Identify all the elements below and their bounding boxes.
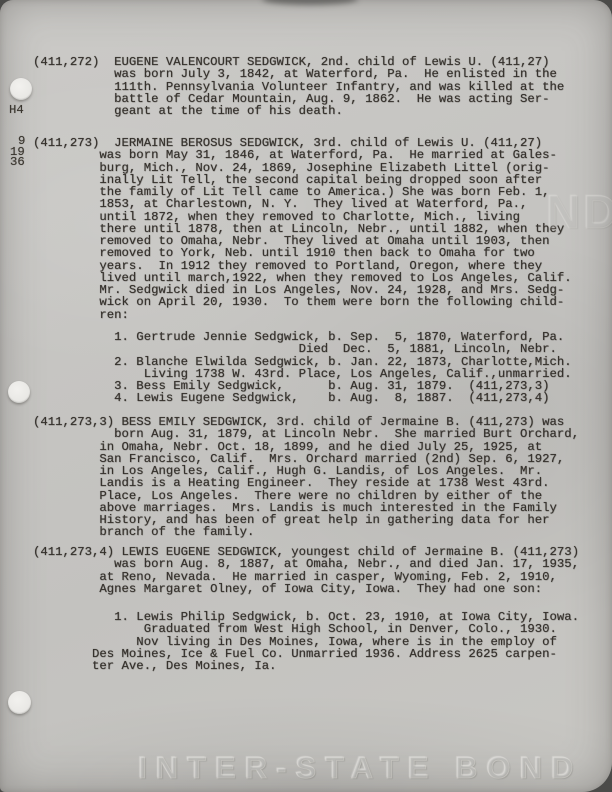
punch-hole	[10, 78, 32, 100]
margin-note-h4: H4	[9, 104, 24, 116]
entry-411-272: (411,272) EUGENE VALENCOURT SEDGWICK, 2n…	[33, 56, 564, 117]
text-line: Agnes Margaret Olney, of Iowa City, Iowa…	[33, 583, 579, 595]
text-line: 4. Lewis Eugene Sedgwick, b. Aug. 8, 188…	[33, 392, 572, 404]
text-line: ren:	[33, 309, 572, 321]
children-list-411-273-4: 1. Lewis Philip Sedgwick, b. Oct. 23, 19…	[33, 611, 579, 672]
text-line: Landis is a Heating Engineer. They resid…	[33, 477, 579, 489]
text-line: was born May 31, 1846, at Waterford, Pa.…	[33, 149, 572, 161]
children-list-411-273: 1. Gertrude Jennie Sedgwick, b. Sep. 5, …	[33, 331, 572, 405]
text-line: years. In 1912 they removed to Portland,…	[33, 260, 572, 272]
text-line: was born July 3, 1842, at Waterford, Pa.…	[33, 68, 564, 80]
text-line: ter Ave., Des Moines, Ia.	[33, 660, 579, 672]
paper-edge-tear	[262, 0, 358, 5]
text-line: wick on April 20, 1930. To them were bor…	[33, 296, 572, 308]
text-line: was born Aug. 8, 1887, at Omaha, Nebr., …	[33, 558, 579, 570]
text-line: branch of the family.	[33, 526, 579, 538]
punch-hole	[8, 381, 30, 403]
text-line: 1853, at Charlestown, N. Y. They lived a…	[33, 198, 572, 210]
text-line: Graduated from West High School, in Denv…	[33, 623, 579, 635]
text-line: geant at the time of his death.	[33, 105, 564, 117]
margin-note-36: 36	[10, 156, 25, 168]
text-line: Place, Los Angeles. There were no childr…	[33, 490, 579, 502]
text-line: born Aug. 31, 1879, at Lincoln Nebr. She…	[33, 428, 579, 440]
text-line: Died Dec. 5, 1881, Lincoln, Nebr.	[33, 343, 572, 355]
text-line: in Omaha, Nebr. Oct. 18, 1899, and he di…	[33, 441, 579, 453]
entry-411-273: (411,273) JERMAINE BEROSUS SEDGWICK, 3rd…	[33, 137, 572, 321]
entry-411-273-4: (411,273,4) LEWIS EUGENE SEDGWICK, young…	[33, 546, 579, 595]
watermark-inter-state-bond: INTER-STATE BOND	[138, 750, 582, 786]
document-page: H4 9 19 36 (411,272) EUGENE VALENCOURT S…	[0, 0, 612, 792]
text-line: removed to York, Neb. until 1910 then ba…	[33, 247, 572, 259]
text-line: 111th. Pennsylvania Volunteer Infantry, …	[33, 81, 564, 93]
text-line: 2. Blanche Elwilda Sedgwick, b. Jan. 22,…	[33, 356, 572, 368]
punch-hole	[8, 691, 31, 714]
text-line: Nov living in Des Moines, Iowa, where is…	[33, 636, 579, 648]
text-line: at Reno, Nevada. He married in casper, W…	[33, 571, 579, 583]
entry-411-273-3: (411,273,3) BESS EMILY SEDGWICK, 3rd. ch…	[33, 416, 579, 539]
text-line: until 1872, when they removed to Charlot…	[33, 211, 572, 223]
text-line: burg, Mich., Nov. 24, 1869, Josephine El…	[33, 162, 572, 174]
